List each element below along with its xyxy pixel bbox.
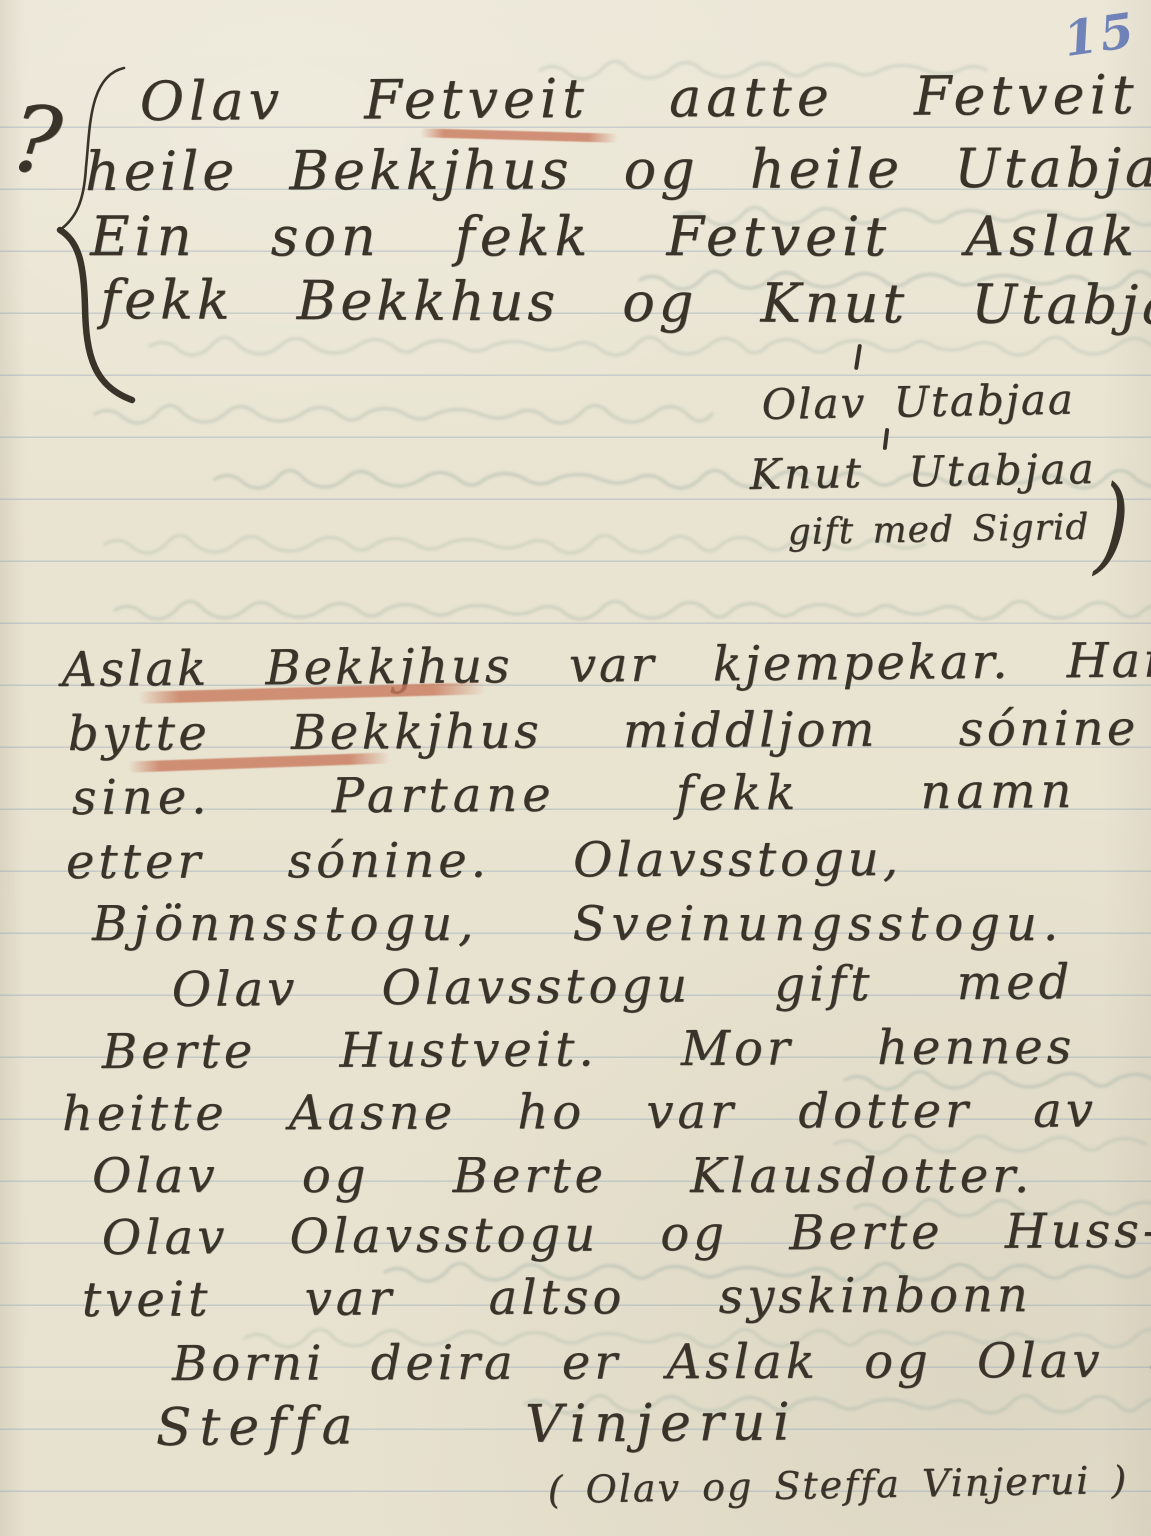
handwritten-line: bytte Bekkjhus middljom sónine bbox=[68, 700, 1139, 762]
handwritten-line: Olav Olavsstogu og Berte Huss- bbox=[102, 1203, 1151, 1266]
handwritten-line: heitte Aasne ho var dotter av bbox=[62, 1082, 1097, 1142]
handwritten-line: Olav Fetveit aatte Fetveit bbox=[140, 63, 1139, 133]
handwritten-line: sine. Partane fekk namn bbox=[72, 763, 1077, 826]
ink-tick bbox=[854, 344, 862, 370]
handwritten-line: tveit var altso syskinbonn bbox=[82, 1267, 1032, 1328]
handwritten-line: fekk Bekkhus og Knut Utabjaa bbox=[100, 268, 1151, 337]
genealogy-line: Knut Utabjaa bbox=[749, 444, 1097, 499]
page-number: 15 bbox=[1060, 2, 1140, 68]
handwritten-line: Bjönnsstogu, Sveinungsstogu. bbox=[92, 896, 1064, 952]
handwritten-line: Steffa Vinjerui bbox=[155, 1392, 797, 1458]
handwritten-line: Ein son fekk Fetveit Aslak bbox=[90, 205, 1139, 268]
handwritten-line: Borni deira er Aslak og Olav og bbox=[172, 1332, 1151, 1392]
handwritten-line: Olav Olavsstogu gift med bbox=[172, 954, 1074, 1018]
handwritten-line: Aslak Bekkjhus var kjempekar. Han bbox=[62, 632, 1151, 698]
margin-question-mark: ? bbox=[6, 85, 66, 197]
genealogy-line: Olav Utabjaa bbox=[761, 375, 1075, 429]
scanned-notebook-page: 15 ? Olav Fetveit aatte Fetveit heile Be… bbox=[0, 0, 1151, 1536]
attribution-line: ( Olav og Steffa Vinjerui ) bbox=[547, 1458, 1128, 1512]
handwritten-line: etter sónine. Olavsstogu, bbox=[66, 831, 902, 890]
closing-bracket: ) bbox=[1093, 462, 1132, 587]
handwritten-line: Berte Hustveit. Mor hennes bbox=[102, 1019, 1076, 1080]
handwritten-line: Olav og Berte Klausdotter. bbox=[92, 1148, 1033, 1204]
handwritten-line: heile Bekkjhus og heile Utabjaa bbox=[85, 136, 1151, 203]
genealogy-line: gift med Sigrid bbox=[787, 507, 1089, 553]
